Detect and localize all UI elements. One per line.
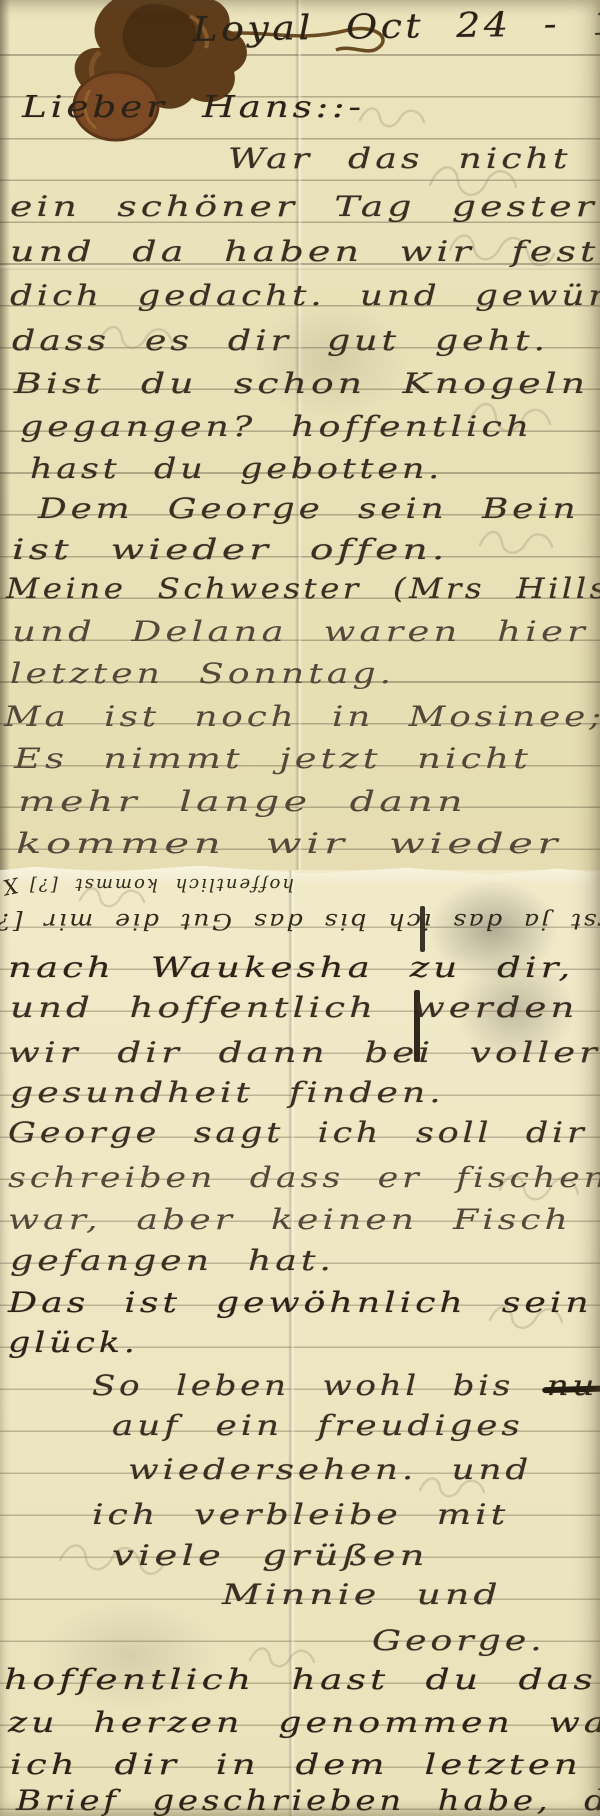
handwriting-line: und Delana waren hier xyxy=(12,615,589,648)
handwriting-line: und hoffentlich werden xyxy=(10,991,578,1024)
handwriting-line: dass es dir gut geht. xyxy=(12,324,549,357)
inverted-note-line: Du warst ja das ich bis das Gut die mir … xyxy=(0,908,600,933)
handwriting-line: Meine Schwester (Mrs Hills) xyxy=(6,572,600,605)
struck-word: nun xyxy=(547,1369,600,1402)
handwriting-line: So leben wohl bis nun xyxy=(92,1369,600,1402)
handwriting-line: gegangen? hoffentlich xyxy=(20,410,533,443)
handwriting-line: Ma ist noch in Mosinee; xyxy=(4,700,600,733)
handwriting-line: ein schöner Tag gestern? xyxy=(10,190,600,223)
handwriting-line: ich verbleibe mit xyxy=(92,1498,509,1531)
inverted-note-line: hoffentlich kommst [?] xyxy=(28,874,294,895)
handwriting-line: kommen wir wieder xyxy=(16,827,562,860)
handwriting-line: nach Waukesha zu dir, xyxy=(8,951,574,984)
handwriting-line: War das nicht xyxy=(228,142,571,175)
handwriting-line: glück. xyxy=(8,1326,139,1359)
handwriting-line: Es nimmt jetzt nicht xyxy=(14,742,532,775)
salutation: Lieber Hans::- xyxy=(22,90,365,125)
handwriting-line: viele grüßen xyxy=(112,1539,429,1572)
handwriting-line: gefangen hat. xyxy=(10,1244,335,1277)
handwriting-line: schreiben dass er fischen xyxy=(8,1161,600,1194)
handwriting-line: dich gedacht. und gewünscht xyxy=(10,279,600,312)
signature-line: George. xyxy=(372,1624,546,1657)
handwriting-line: Bist du schon Knogeln xyxy=(14,367,589,400)
handwriting-line: ist wieder offen. xyxy=(12,533,449,566)
handwriting-line: auf ein freudiges xyxy=(112,1409,524,1442)
handwriting-line: George sagt ich soll dir xyxy=(8,1116,587,1149)
letter-scan: Loyal Oct 24 - 1927 Lieber Hans::- War d… xyxy=(0,0,600,1816)
handwriting-line: war, aber keinen Fisch xyxy=(8,1203,572,1236)
handwriting-line: und da haben wir fest an xyxy=(10,235,600,268)
dateline: Loyal Oct 24 - 1927 xyxy=(192,2,600,50)
postscript-line: Brief geschrieben habe, dann xyxy=(16,1784,600,1816)
handwriting-line: wir dir dann bei voller xyxy=(8,1036,600,1069)
signature-line: Minnie und xyxy=(222,1578,502,1611)
ink-blot-bar xyxy=(420,906,425,952)
handwriting-line: wiedersehen. und xyxy=(128,1453,532,1486)
postscript-line: zu herzen genommen was xyxy=(8,1706,600,1739)
handwriting-line: hast du gebotten. xyxy=(30,452,443,485)
handwriting-line: gesundheit finden. xyxy=(10,1076,445,1109)
line-text: So leben wohl bis xyxy=(92,1369,547,1402)
postscript-line: hoffentlich hast du das xyxy=(4,1663,597,1696)
handwriting-line: Das ist gewöhnlich sein xyxy=(8,1286,593,1319)
handwriting-line: Dem George sein Bein xyxy=(38,492,579,525)
postscript-line: ich dir in dem letzten xyxy=(10,1748,582,1781)
handwriting-line: mehr lange dann xyxy=(18,785,467,818)
handwriting-line: letzten Sonntag. xyxy=(10,657,395,690)
